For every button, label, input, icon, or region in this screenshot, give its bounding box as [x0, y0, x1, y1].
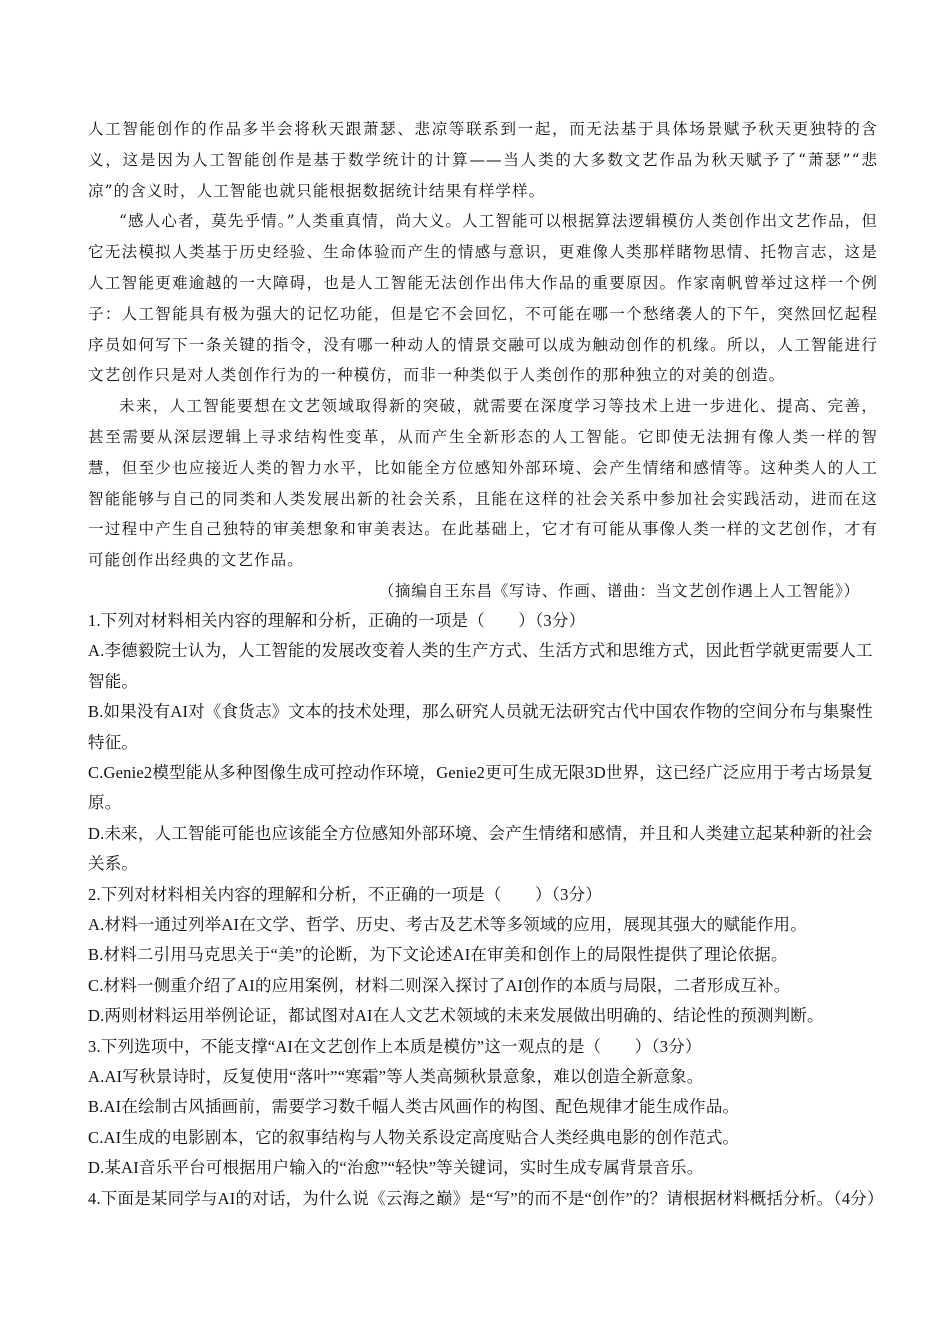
option-b: B.如果没有AI对《食货志》文本的技术处理，那么研究人员就无法研究古代中国农作物…: [88, 697, 878, 758]
question-4: 4.下面是某同学与AI的对话，为什么说《云海之巅》是“写”的而不是“创作”的？请…: [88, 1184, 878, 1214]
option-c: C.Genie2模型能从多种图像生成可控动作环境，Genie2更可生成无限3D世…: [88, 758, 878, 819]
option-a: A.李德毅院士认为，人工智能的发展改变着人类的生产方式、生活方式和思维方式，因此…: [88, 636, 878, 697]
option-c: C.AI生成的电影剧本，它的叙事结构与人物关系设定高度贴合人类经典电影的创作范式…: [88, 1123, 878, 1153]
option-b: B.AI在绘制古风插画前，需要学习数千幅人类古风画作的构图、配色规律才能生成作品…: [88, 1092, 878, 1122]
passage-paragraph-1: 人工智能创作的作品多半会将秋天跟萧瑟、悲凉等联系到一起，而无法基于具体场景赋予秋…: [88, 114, 878, 206]
option-d: D.某AI音乐平台可根据用户输入的“治愈”“轻快”等关键词，实时生成专属背景音乐…: [88, 1153, 878, 1183]
question-1: 1.下列对材料相关内容的理解和分析，正确的一项是（ ）（3分） A.李德毅院士认…: [88, 606, 878, 880]
question-stem: 2.下列对材料相关内容的理解和分析，不正确的一项是（ ）（3分）: [88, 880, 878, 910]
question-3: 3.下列选项中，不能支撑“AI在文艺创作上本质是模仿”这一观点的是（ ）（3分）…: [88, 1032, 878, 1184]
question-stem: 1.下列对材料相关内容的理解和分析，正确的一项是（ ）（3分）: [88, 606, 878, 636]
passage-paragraph-3: 未来，人工智能要想在文艺领域取得新的突破，就需要在深度学习等技术上进一步进化、提…: [88, 391, 878, 576]
passage-paragraph-2: “感人心者，莫先乎情。”人类重真情，尚大义。人工智能可以根据算法逻辑模仿人类创作…: [88, 206, 878, 391]
question-stem: 4.下面是某同学与AI的对话，为什么说《云海之巅》是“写”的而不是“创作”的？请…: [88, 1184, 878, 1214]
option-d: D.两则材料运用举例论证，都试图对AI在人文艺术领域的未来发展做出明确的、结论性…: [88, 1001, 878, 1031]
option-b: B.材料二引用马克思关于“美”的论断，为下文论述AI在审美和创作上的局限性提供了…: [88, 940, 878, 970]
passage-source: （摘编自王东昌《写诗、作画、谱曲：当文艺创作遇上人工智能》）: [88, 576, 878, 606]
question-stem: 3.下列选项中，不能支撑“AI在文艺创作上本质是模仿”这一观点的是（ ）（3分）: [88, 1032, 878, 1062]
option-c: C.材料一侧重介绍了AI的应用案例，材料二则深入探讨了AI创作的本质与局限，二者…: [88, 971, 878, 1001]
option-d: D.未来，人工智能可能也应该能全方位感知外部环境、会产生情绪和感情，并且和人类建…: [88, 819, 878, 880]
question-2: 2.下列对材料相关内容的理解和分析，不正确的一项是（ ）（3分） A.材料一通过…: [88, 880, 878, 1032]
exam-page: 人工智能创作的作品多半会将秋天跟萧瑟、悲凉等联系到一起，而无法基于具体场景赋予秋…: [88, 114, 878, 1214]
option-a: A.材料一通过列举AI在文学、哲学、历史、考古及艺术等多领域的应用，展现其强大的…: [88, 910, 878, 940]
option-a: A.AI写秋景诗时，反复使用“落叶”“寒霜”等人类高频秋景意象，难以创造全新意象…: [88, 1062, 878, 1092]
